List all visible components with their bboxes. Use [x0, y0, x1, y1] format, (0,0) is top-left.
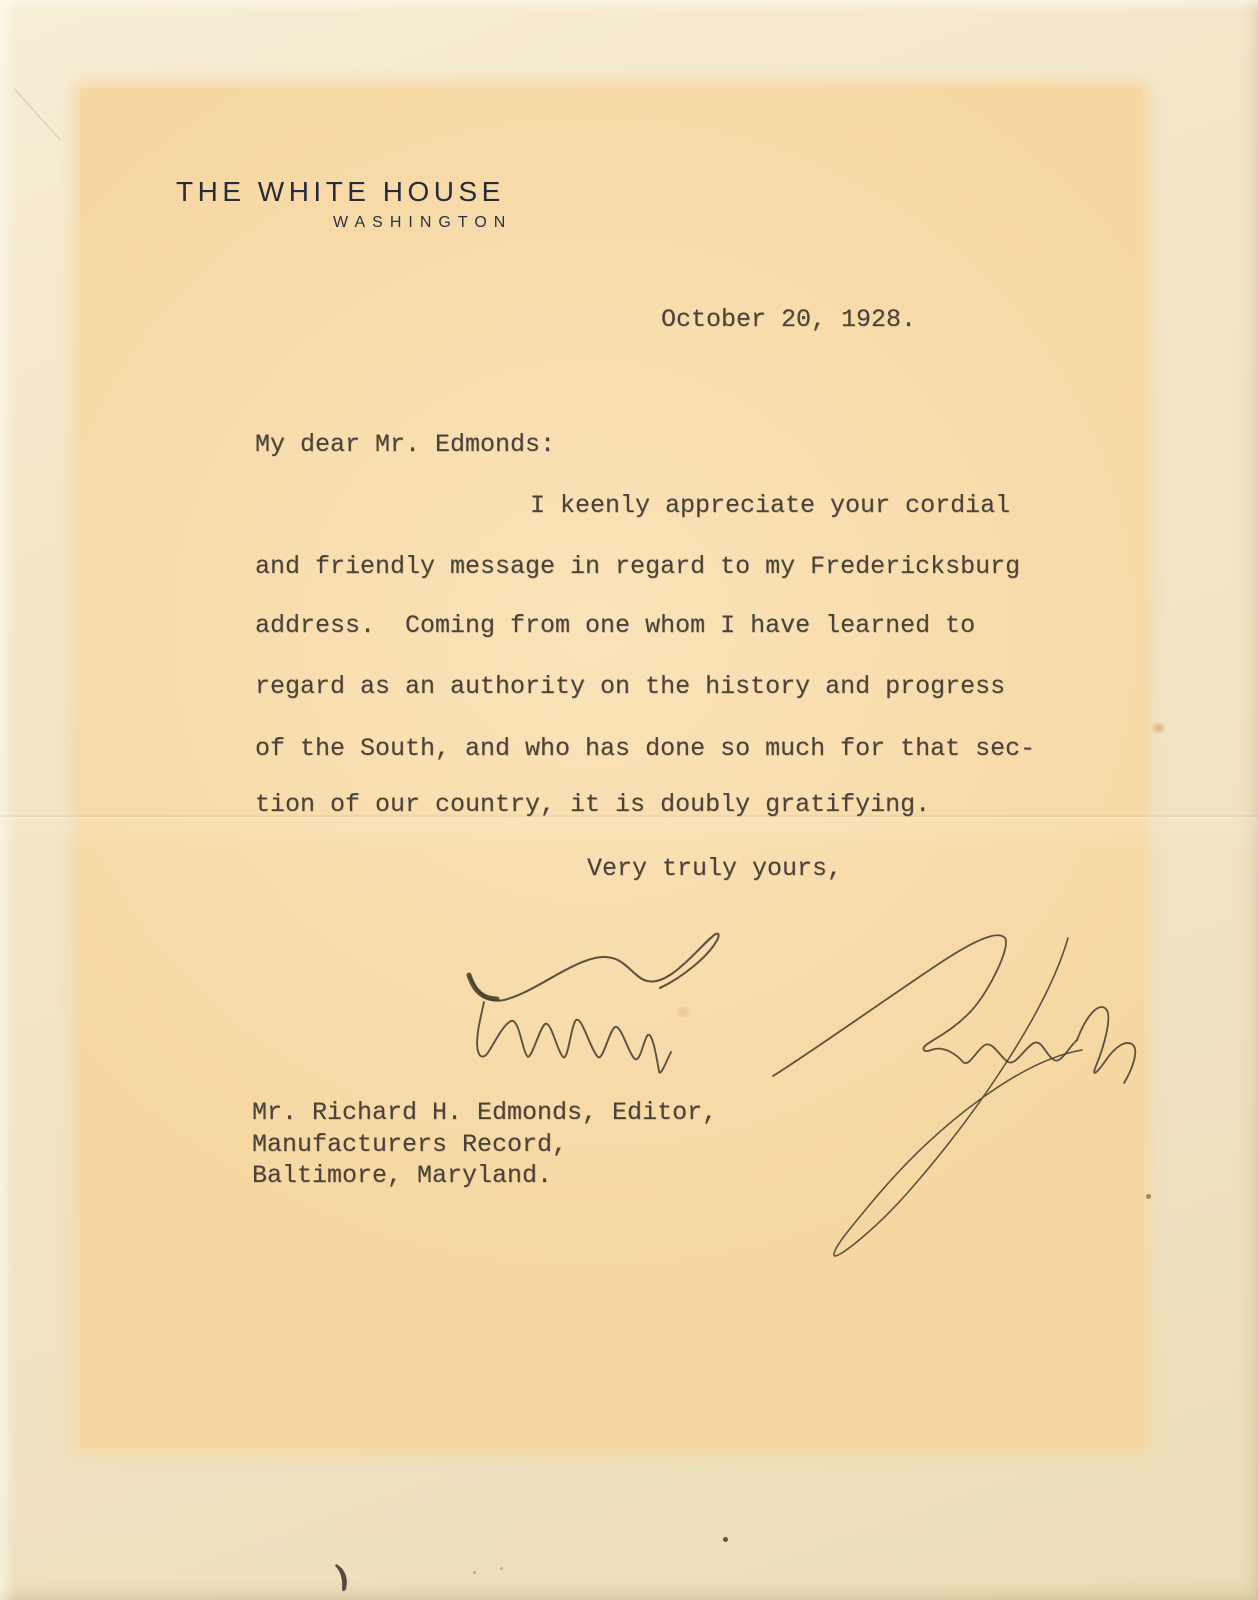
body-line: of the South, and who has done so much f…: [255, 736, 1035, 761]
top-edge-highlight: [0, 0, 1258, 12]
ink-dot: [723, 1537, 728, 1542]
ink-speck: [500, 1567, 503, 1570]
body-line: and friendly message in regard to my Fre…: [255, 554, 1020, 579]
faint-stain: [676, 1006, 690, 1018]
signature: [380, 898, 1180, 1358]
closing-line: Very truly yours,: [587, 856, 842, 881]
ink-mark: [332, 1562, 356, 1596]
recipient-line: Baltimore, Maryland.: [252, 1163, 552, 1188]
ink-speck: [473, 1571, 476, 1574]
rust-stain: [1152, 722, 1165, 734]
recipient-line: Mr. Richard H. Edmonds, Editor,: [252, 1100, 717, 1125]
body-line: address. Coming from one whom I have lea…: [255, 613, 975, 638]
paper-scratch: [14, 88, 62, 141]
fold-light-band: [0, 819, 1258, 849]
letterhead-subtitle: WASHINGTON: [333, 214, 512, 232]
small-speck: [1146, 1194, 1151, 1199]
left-edge-highlight: [0, 0, 16, 1600]
letter-scan-page: THE WHITE HOUSE WASHINGTON October 20, 1…: [0, 0, 1258, 1600]
letterhead-title: THE WHITE HOUSE: [176, 176, 505, 208]
body-line: I keenly appreciate your cordial: [530, 493, 1010, 518]
salutation: My dear Mr. Edmonds:: [255, 432, 555, 457]
body-line: regard as an authority on the history an…: [255, 674, 1005, 699]
recipient-line: Manufacturers Record,: [252, 1132, 567, 1157]
date-line: October 20, 1928.: [661, 307, 916, 332]
body-line: tion of our country, it is doubly gratif…: [255, 792, 930, 817]
